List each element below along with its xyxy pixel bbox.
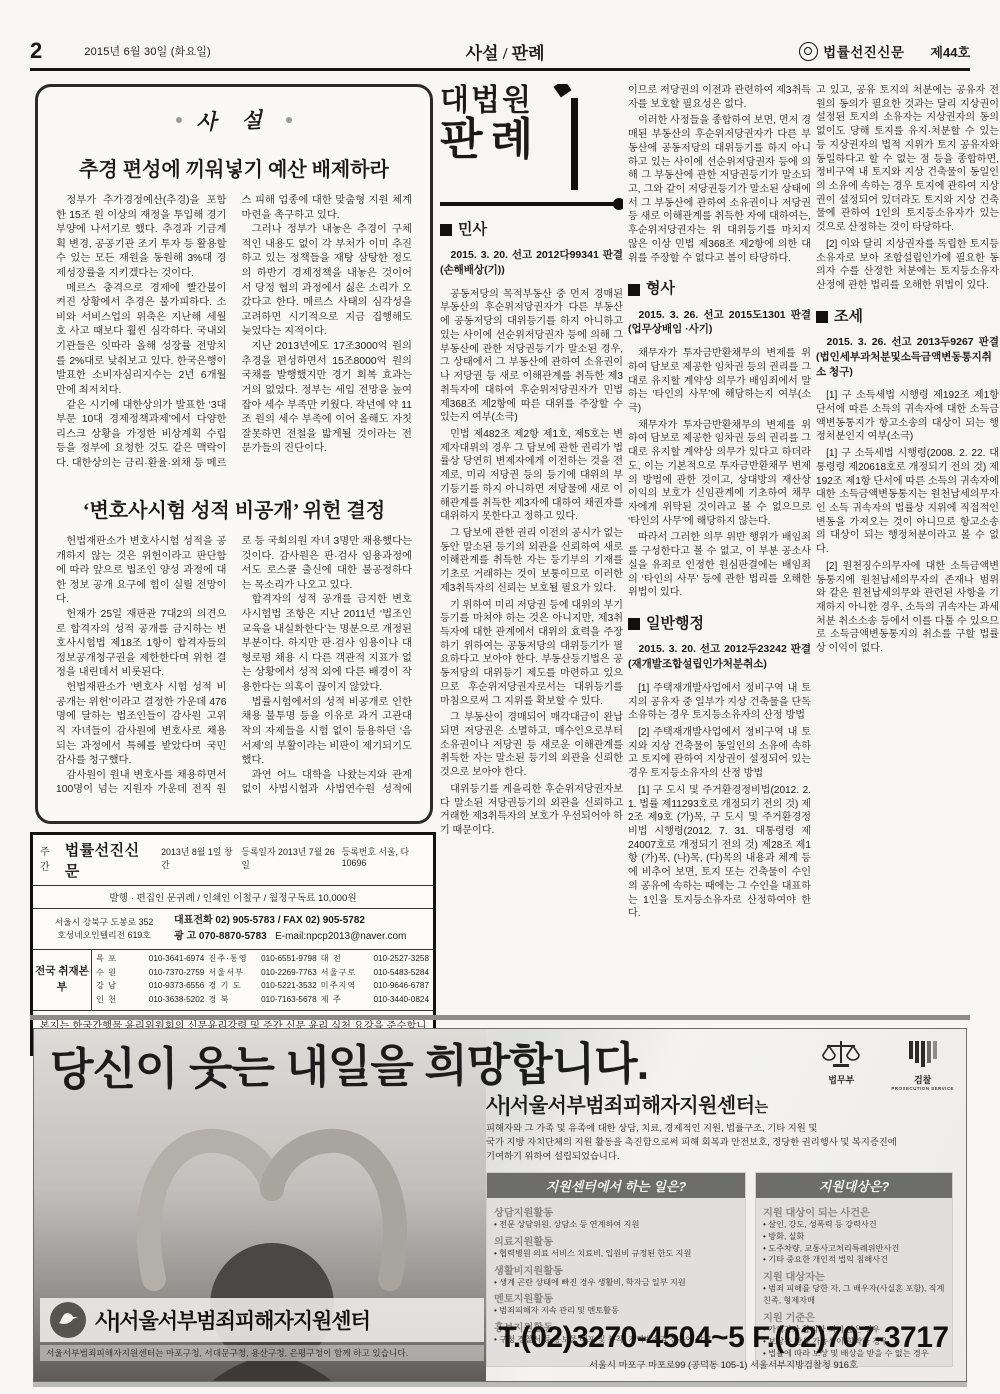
bureau-table: 전국 취재본부 목 포010-3641-6974 진주·통영010-6551-9… bbox=[33, 949, 433, 1010]
desc-line: 국가 지방 자치단체의 지원 활동을 촉진함으로써 피해 회복과 안전보호, 정… bbox=[486, 1136, 958, 1150]
service-group: 생활비지원활동생계 곤란 상태에 빠진 경우 생활비, 학자금 일부 지원 bbox=[494, 1262, 738, 1289]
case-title-criminal: 2015. 3. 26. 선고 2015도1301 판결 (업무상배임 ·사기) bbox=[628, 308, 811, 337]
precedent-paragraph: 채무자가 투자금반환채무의 변제를 위하여 담보로 제공한 임차권 등의 권리를… bbox=[628, 347, 811, 416]
moj-label: 법무부 bbox=[821, 1073, 861, 1086]
precedent-paragraph: 그 부동산이 경매되어 매각대금이 완납되면 저당권은 소멸하고, 매수인으로부… bbox=[440, 711, 623, 780]
section-label: 일반행정 bbox=[646, 614, 704, 634]
bureau-cell: 경 기 도010-5221-3532 bbox=[208, 980, 316, 993]
precedent-paragraph: [1] 주택재개발사업에서 정비구역 내 토지의 공유자 중 일부가 지상 건축… bbox=[628, 682, 811, 723]
precedents-column-3: 고 있고, 공유 토지의 처분에는 공유자 전원의 동의가 필요한 것과는 달리… bbox=[816, 84, 999, 1010]
bureau-table-label: 전국 취재본부 bbox=[33, 950, 92, 1010]
label-dot-icon bbox=[286, 117, 292, 123]
eligibility-group: 지원 대상자는 범죄 피해를 당한 자, 그 배우자(사실혼 포함), 직계친족… bbox=[763, 1268, 945, 1307]
bureau-grid: 목 포010-3641-6974 진주·통영010-6551-9798 대 전0… bbox=[92, 950, 433, 1010]
paper-logo: 법률선진신문 bbox=[799, 41, 904, 61]
case-title-tax: 2015. 3. 26. 선고 2013두9267 판결 (법인세부과처분및소득… bbox=[816, 335, 999, 379]
bureau-cell: 수 원010-7370-2759 bbox=[96, 967, 204, 980]
precedent-paragraph: [2] 원천징수의무자에 대한 소득금액변동통지에 원천납세의무자의 존재나 범… bbox=[816, 560, 999, 656]
supreme-court-precedents-logo: 대법원 판례 bbox=[440, 86, 623, 190]
precedent-paragraph: 이러한 사정들을 종합하여 보면, 먼저 경매된 부동산의 후순위저당권자가 다… bbox=[628, 114, 811, 265]
editorial-paragraph: 법률시험에서의 성적 비공개로 인한 채용 불투명 등을 이유로 과거 고관대작… bbox=[242, 696, 413, 769]
ministry-of-justice-logo: 법무부 bbox=[821, 1039, 861, 1091]
masthead-box: 주간 법률선진신문 2013년 8월 1일 창간 등록일자 2013년 7월 2… bbox=[30, 832, 436, 1056]
name-suffix: 는 bbox=[755, 1099, 768, 1115]
bureau-cell: 경 북010-7163-5678 bbox=[208, 994, 316, 1007]
paper-emblem-icon bbox=[799, 42, 818, 61]
office-address-line2: 호성네오인텔리전 619호 bbox=[40, 929, 168, 942]
office-address-line1: 서울시 강북구 도봉로 352 bbox=[40, 916, 168, 929]
editorial-label-text: 사 설 bbox=[196, 104, 273, 137]
precedent-paragraph: 그 담보에 관한 권리 이전의 공시가 없는 동안 말소된 등기의 외관을 신뢰… bbox=[440, 527, 623, 596]
founded-date: 2013년 8월 1일 창간 bbox=[161, 845, 234, 871]
ad-footer-band: 사|서울서부범죄피해자지원센터 bbox=[40, 1298, 484, 1342]
editorial-headline-2: ‘변호사시험 성적 비공개’ 위헌 결정 bbox=[56, 494, 412, 523]
precedent-paragraph: 대위등기를 게을리한 후순위저당권자보다 말소된 저당권등기의 외관을 신뢰하고… bbox=[440, 783, 623, 838]
eligibility-group: 지원 대상이 되는 사건은 살인, 강도, 성폭력 등 강력사건 방화, 실화 … bbox=[763, 1204, 945, 1267]
ad-phone-numbers: T.(02)3270-4504~5 F.(02)707-3717 bbox=[489, 1321, 958, 1355]
desc-line: 기여하기 위하여 설립되었습니다. bbox=[486, 1150, 958, 1164]
page-header: 2 2015년 6월 30일 (화요일) 사설 / 판례 법률선진신문 제44호 bbox=[30, 34, 970, 71]
bureau-cell: 대 전010-2527-3258 bbox=[321, 953, 429, 966]
precedents-column-1: 대법원 판례 민사 2015. 3. 20. 선고 2012다99341 판결 … bbox=[440, 84, 623, 1010]
precedent-paragraph: [1] 구 도시 및 주거환경정비법(2012. 2. 1. 법률 제11293… bbox=[628, 784, 811, 921]
ad-footer-center-name: 사|서울서부범죄피해자지원센터 bbox=[95, 1305, 370, 1335]
masthead-paper-name: 법률선진신문 bbox=[65, 839, 147, 881]
precedent-paragraph: [1] 구 소득세법 시행령 제192조 제1항 단서에 따른 소득의 귀속자에… bbox=[816, 389, 999, 444]
section-admin: 일반행정 bbox=[628, 614, 811, 634]
section-square-icon bbox=[628, 284, 640, 296]
precedent-paragraph: 고 있고, 공유 토지의 처분에는 공유자 전원의 동의가 필요한 것과는 달리… bbox=[816, 84, 999, 235]
ad-headline: 당신이 웃는 내일을 희망합니다. bbox=[50, 1028, 851, 1098]
editorial-paragraph: 헌재가 25일 재판관 7대2의 의견으로 합격자의 성적 공개를 금지하는 변… bbox=[56, 608, 227, 681]
editorial-paragraph: 합격자의 성적 공개를 금지한 변호사시험법 조항은 지난 2011년 ‘법조인… bbox=[242, 593, 413, 695]
editorial-paragraph: 지난 2013년에도 17조3000억 원의 추경을 편성하면서 15조8000… bbox=[242, 340, 413, 457]
precedent-paragraph: [2] 이와 달리 지상권자를 독립한 토지등소유자로 보아 조합설립인가에 필… bbox=[816, 238, 999, 293]
masthead-row-title: 주간 법률선진신문 2013년 8월 1일 창간 등록일자 2013년 7월 2… bbox=[33, 835, 433, 885]
page-number: 2 bbox=[30, 38, 42, 64]
section-square-icon bbox=[816, 311, 828, 323]
logo-line-2: 판례 bbox=[440, 118, 623, 162]
registration-date: 등록일자 2013년 7월 26일 bbox=[241, 845, 334, 871]
paper-name: 법률선진신문 bbox=[823, 41, 904, 61]
editorial-paragraph: 메르스 충격으로 경제에 빨간불이 켜진 상황에서 추경은 불가피하다. 소비와… bbox=[56, 282, 227, 399]
case-title-civil: 2015. 3. 20. 선고 2012다99341 판결 (손해배상(기)) bbox=[440, 248, 623, 277]
precedents-column-2: 이므로 저당권의 이전과 관련하여 제3취득자를 보호할 필요성은 없다. 이러… bbox=[628, 84, 811, 1010]
desc-line: 피해자와 그 가족 및 유족에 대한 상담, 치료, 경제적인 지원, 법률구조… bbox=[486, 1122, 958, 1136]
ad-address: 서울시 마포구 마포로99 (공덕동 105-1) 서울서부지방검찰청 916호 bbox=[489, 1357, 958, 1371]
precedent-paragraph: [2] 주택재개발사업에서 정비구역 내 토지와 지상 건축물이 동일인의 소유… bbox=[628, 726, 811, 781]
editorial-box: 사 설 추경 편성에 끼워넣기 예산 배제하라 정부가 추가경정예산(추경)을 … bbox=[35, 84, 433, 824]
gov-logos: 법무부 검찰 PROSECUTION SERVICE bbox=[821, 1039, 954, 1091]
office-address: 서울시 강북구 도봉로 352 호성네오인텔리전 619호 bbox=[40, 916, 168, 942]
precedent-paragraph: 기 위하여 미리 저당권 등에 대위의 부기등기를 마쳐야 하는 것은 아니지만… bbox=[440, 599, 623, 709]
dove-icon bbox=[50, 1302, 86, 1338]
rule-dot-icon bbox=[613, 198, 623, 210]
main-phone: 대표전화 02) 905-5783 / FAX 02) 905-5782 bbox=[174, 915, 365, 926]
precedent-paragraph: 채무자가 투자금반환채무의 변제를 위하여 담보로 제공한 임차권 등의 권리를… bbox=[628, 419, 811, 529]
email-address: E-mail:npcp2013@naver.com bbox=[275, 931, 406, 942]
section-criminal: 형사 bbox=[628, 279, 811, 299]
registration-number: 등록번호 서울, 다10696 bbox=[342, 845, 426, 868]
editorial-article-1: 정부가 추가경정예산(추경)을 포함한 15조 원 이상의 재정을 투입해 경기… bbox=[56, 194, 412, 476]
bureau-cell: 강 남010-9373-6556 bbox=[96, 980, 204, 993]
section-label: 민사 bbox=[458, 220, 487, 240]
publisher-line: 발행 · 편집인 문귀례 / 인쇄인 이철구 / 월정구독료 10,000원 bbox=[33, 885, 433, 908]
section-square-icon bbox=[440, 224, 452, 236]
logo-bar-icon bbox=[571, 98, 578, 190]
bureau-cell: 서울서부010-2269-7763 bbox=[208, 967, 316, 980]
page-date: 2015년 6월 30일 (화요일) bbox=[84, 43, 211, 59]
case-title-admin: 2015. 3. 20. 선고 2012두23242 판결 (재개발조합설립인가… bbox=[628, 642, 811, 671]
logo-rule bbox=[440, 202, 623, 206]
precedent-paragraph: 따라서 그러한 의무 위반 행위가 배임죄를 구성한다고 볼 수 없고, 이 부… bbox=[628, 531, 811, 600]
bureau-cell: 인 천010-3638-5202 bbox=[96, 994, 204, 1007]
ad-footer: 사|서울서부범죄피해자지원센터 서울서부범죄피해자지원센터는 마포구청, 서대문… bbox=[40, 1298, 484, 1361]
section-divider bbox=[30, 1015, 970, 1020]
editorial-paragraph: 헌법재판소가 변호사시험 성적을 공개하지 않는 것은 위헌이라고 판단함에 따… bbox=[56, 535, 227, 608]
scales-icon bbox=[821, 1039, 861, 1069]
bureau-cell: 제 주010-3440-0824 bbox=[321, 994, 429, 1007]
precedent-paragraph: [1] 구 소득세법 시행령(2008. 2. 22. 대통령령 제20618호… bbox=[816, 447, 999, 557]
section-label: 형사 bbox=[646, 279, 675, 299]
ad-footer-partners-line: 서울서부범죄피해자지원센터는 마포구청, 서대문구청, 용산구청, 은평구청이 … bbox=[40, 1345, 484, 1361]
bureau-cell: 진주·통영010-6551-9798 bbox=[208, 953, 316, 966]
weekly-label: 주간 bbox=[40, 843, 58, 873]
precedent-paragraph: 공동저당의 목적부동산 중 먼저 경매된 부동산의 후순위저당권자가 다른 부동… bbox=[440, 288, 623, 425]
bureau-cell: 미주지역010-9646-6787 bbox=[321, 980, 429, 993]
section-tax: 조세 bbox=[816, 307, 999, 327]
label-dot-icon bbox=[176, 117, 182, 123]
section-square-icon bbox=[628, 618, 640, 630]
service-group: 의료지원활동협력병원 의료 서비스 치료비, 입원비 규정된 한도 지원 bbox=[494, 1233, 738, 1260]
section-label: 조세 bbox=[834, 307, 863, 327]
issue-number: 제44호 bbox=[930, 42, 970, 61]
service-group: 멘토지원활동범죄피해자 지속 관리 및 멘토활동 bbox=[494, 1290, 738, 1317]
logo-line-1: 대법원 bbox=[440, 86, 623, 116]
editorial-headline-1: 추경 편성에 끼워넣기 예산 배제하라 bbox=[56, 153, 412, 182]
precedent-paragraph: 이므로 저당권의 이전과 관련하여 제3취득자를 보호할 필요성은 없다. bbox=[628, 84, 811, 111]
eligibility-box-title: 지원대상은? bbox=[756, 1173, 952, 1198]
editorial-paragraph: 헌법재판소가 ‘변호사 시험 성적 비공개는 위헌’이라고 결정한 가운데 47… bbox=[56, 681, 227, 769]
editorial-paragraph: 그러나 정부가 내놓은 추경이 구체적인 내용도 없이 각 부처가 이미 추진하… bbox=[242, 223, 413, 340]
editorial-article-2: 헌법재판소가 변호사시험 성적을 공개하지 않는 것은 위헌이라고 판단함에 따… bbox=[56, 535, 412, 809]
service-group: 상담지원활동전문 상담위원, 상담소 등 연계하여 지원 bbox=[494, 1204, 738, 1231]
support-center-name: 사|서울서부범죄피해자지원센터는 bbox=[486, 1089, 958, 1118]
bureau-cell: 서울구로010-5483-5284 bbox=[321, 967, 429, 980]
support-center-description: 피해자와 그 가족 및 유족에 대한 상담, 치료, 경제적인 지원, 법률구조… bbox=[486, 1122, 958, 1164]
editorial-paragraph: 정부가 추가경정예산(추경)을 포함한 15조 원 이상의 재정을 투입해 경기… bbox=[56, 194, 227, 282]
prosecution-bars-icon bbox=[903, 1039, 943, 1069]
services-box-title: 지원센터에서 하는 일은? bbox=[487, 1173, 745, 1198]
ad-phone-number: 광 고 070-8870-5783 bbox=[174, 931, 267, 942]
contact-numbers: 대표전화 02) 905-5783 / FAX 02) 905-5782 광 고… bbox=[168, 913, 426, 945]
section-title: 사설 / 판례 bbox=[211, 39, 799, 64]
editorial-label: 사 설 bbox=[56, 105, 412, 135]
pros-label: 검찰 bbox=[891, 1073, 954, 1086]
advertisement: 당신이 웃는 내일을 희망합니다. 법무부 검찰 PROSECUTION SER… bbox=[33, 1028, 967, 1382]
precedent-paragraph: 민법 제482조 제2항 제1호, 제5호는 변제자대위의 경우 그 담보에 관… bbox=[440, 428, 623, 524]
prosecution-service-logo: 검찰 PROSECUTION SERVICE bbox=[891, 1039, 954, 1091]
masthead-contact-row: 서울시 강북구 도봉로 352 호성네오인텔리전 619호 대표전화 02) 9… bbox=[33, 908, 433, 949]
section-civil: 민사 bbox=[440, 220, 623, 240]
bureau-cell: 목 포010-3641-6974 bbox=[96, 953, 204, 966]
